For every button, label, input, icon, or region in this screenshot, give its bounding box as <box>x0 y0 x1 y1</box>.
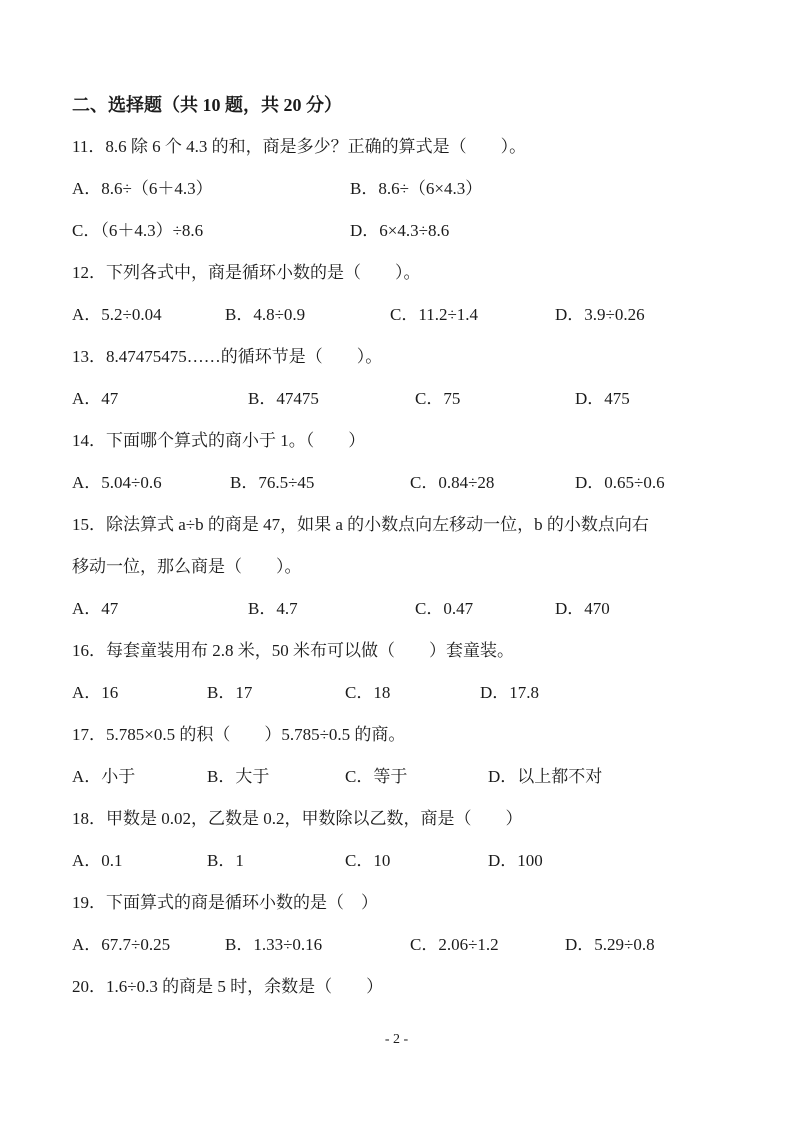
question-16-option-a: A．16 <box>72 672 207 714</box>
question-17-option-d: D．以上都不对 <box>488 756 723 798</box>
question-15-option-c: C．0.47 <box>415 588 555 630</box>
question-17-option-c: C．等于 <box>345 756 488 798</box>
question-12-option-b: B．4.8÷0.9 <box>225 294 390 336</box>
question-16-stem: 16．每套童装用布 2.8 米，50 米布可以做（ ）套童装。 <box>72 630 723 672</box>
question-19-stem: 19．下面算式的商是循环小数的是（ ） <box>72 882 723 924</box>
question-14-option-a: A．5.04÷0.6 <box>72 462 230 504</box>
question-13-option-c: C．75 <box>415 378 575 420</box>
question-18-option-c: C．10 <box>345 840 488 882</box>
question-11-option-c: C．（6＋4.3）÷8.6 <box>72 210 350 252</box>
question-16-options: A．16 B．17 C．18 D．17.8 <box>72 672 723 714</box>
question-19-option-c: C．2.06÷1.2 <box>410 924 565 966</box>
question-19-option-d: D．5.29÷0.8 <box>565 924 723 966</box>
question-11-option-b: B．8.6÷（6×4.3） <box>350 168 723 210</box>
question-12-option-c: C．11.2÷1.4 <box>390 294 555 336</box>
question-18-options: A．0.1 B．1 C．10 D．100 <box>72 840 723 882</box>
section-title: 二、选择题（共 10 题，共 20 分） <box>72 84 723 126</box>
question-17-option-b: B．大于 <box>207 756 345 798</box>
question-15-option-a: A．47 <box>72 588 248 630</box>
question-14-option-b: B．76.5÷45 <box>230 462 410 504</box>
question-15-option-b: B．4.7 <box>248 588 415 630</box>
question-19-option-a: A．67.7÷0.25 <box>72 924 225 966</box>
question-14-stem: 14．下面哪个算式的商小于 1。（ ） <box>72 420 723 462</box>
exam-document-page: 二、选择题（共 10 题，共 20 分） 11．8.6 除 6 个 4.3 的和… <box>0 0 793 1122</box>
question-17-stem: 17．5.785×0.5 的积（ ）5.785÷0.5 的商。 <box>72 714 723 756</box>
question-16-option-d: D．17.8 <box>480 672 723 714</box>
question-17-option-a: A．小于 <box>72 756 207 798</box>
question-12-options: A．5.2÷0.04 B．4.8÷0.9 C．11.2÷1.4 D．3.9÷0.… <box>72 294 723 336</box>
question-14-option-d: D．0.65÷0.6 <box>575 462 723 504</box>
question-15-stem-line-1: 15．除法算式 a÷b 的商是 47，如果 a 的小数点向左移动一位，b 的小数… <box>72 504 723 546</box>
question-13-options: A．47 B．47475 C．75 D．475 <box>72 378 723 420</box>
question-19-options: A．67.7÷0.25 B．1.33÷0.16 C．2.06÷1.2 D．5.2… <box>72 924 723 966</box>
question-12-option-d: D．3.9÷0.26 <box>555 294 723 336</box>
question-12-option-a: A．5.2÷0.04 <box>72 294 225 336</box>
question-17-options: A．小于 B．大于 C．等于 D．以上都不对 <box>72 756 723 798</box>
question-15-option-d: D．470 <box>555 588 723 630</box>
question-16-option-b: B．17 <box>207 672 345 714</box>
question-18-option-b: B．1 <box>207 840 345 882</box>
question-15-options: A．47 B．4.7 C．0.47 D．470 <box>72 588 723 630</box>
question-11-options-row-1: A．8.6÷（6＋4.3） B．8.6÷（6×4.3） <box>72 168 723 210</box>
question-11-options-row-2: C．（6＋4.3）÷8.6 D．6×4.3÷8.6 <box>72 210 723 252</box>
question-13-option-b: B．47475 <box>248 378 415 420</box>
question-18-stem: 18．甲数是 0.02，乙数是 0.2，甲数除以乙数，商是（ ） <box>72 798 723 840</box>
page-content: 二、选择题（共 10 题，共 20 分） 11．8.6 除 6 个 4.3 的和… <box>0 0 793 1008</box>
question-15-stem-line-2: 移动一位，那么商是（ ）。 <box>72 546 723 588</box>
question-20-stem: 20．1.6÷0.3 的商是 5 时，余数是（ ） <box>72 966 723 1008</box>
question-12-stem: 12．下列各式中，商是循环小数的是（ ）。 <box>72 252 723 294</box>
question-18-option-d: D．100 <box>488 840 723 882</box>
question-13-option-a: A．47 <box>72 378 248 420</box>
question-19-option-b: B．1.33÷0.16 <box>225 924 410 966</box>
page-number: - 2 - <box>0 1032 793 1048</box>
question-14-options: A．5.04÷0.6 B．76.5÷45 C．0.84÷28 D．0.65÷0.… <box>72 462 723 504</box>
question-11-option-d: D．6×4.3÷8.6 <box>350 210 723 252</box>
question-13-stem: 13．8.47475475……的循环节是（ ）。 <box>72 336 723 378</box>
question-11-stem: 11．8.6 除 6 个 4.3 的和，商是多少？正确的算式是（ ）。 <box>72 126 723 168</box>
question-16-option-c: C．18 <box>345 672 480 714</box>
question-14-option-c: C．0.84÷28 <box>410 462 575 504</box>
question-18-option-a: A．0.1 <box>72 840 207 882</box>
question-11-option-a: A．8.6÷（6＋4.3） <box>72 168 350 210</box>
question-13-option-d: D．475 <box>575 378 723 420</box>
